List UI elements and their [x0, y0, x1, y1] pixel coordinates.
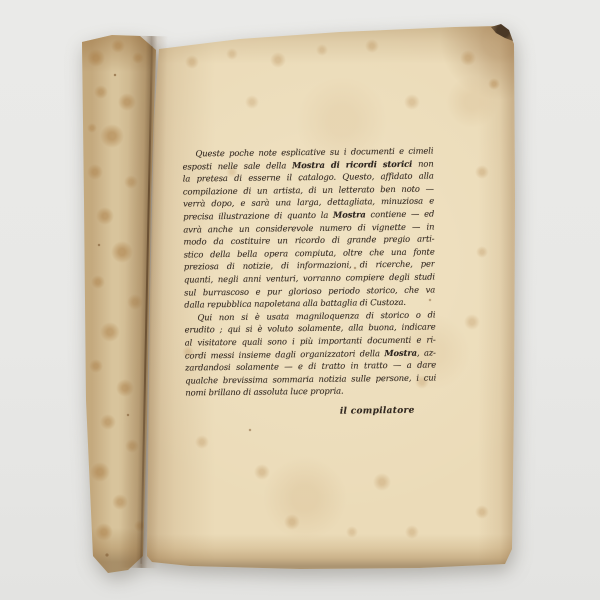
photo-background: Queste poche note esplicative su i docum…: [0, 0, 600, 600]
paragraphs: Queste poche note esplicative su i docum…: [182, 144, 436, 399]
open-book: Queste poche note esplicative su i docum…: [0, 0, 600, 600]
text-line: nomi brillano di assoluta luce propria.: [185, 384, 436, 400]
printed-text-block: Queste poche note esplicative su i docum…: [182, 144, 436, 418]
